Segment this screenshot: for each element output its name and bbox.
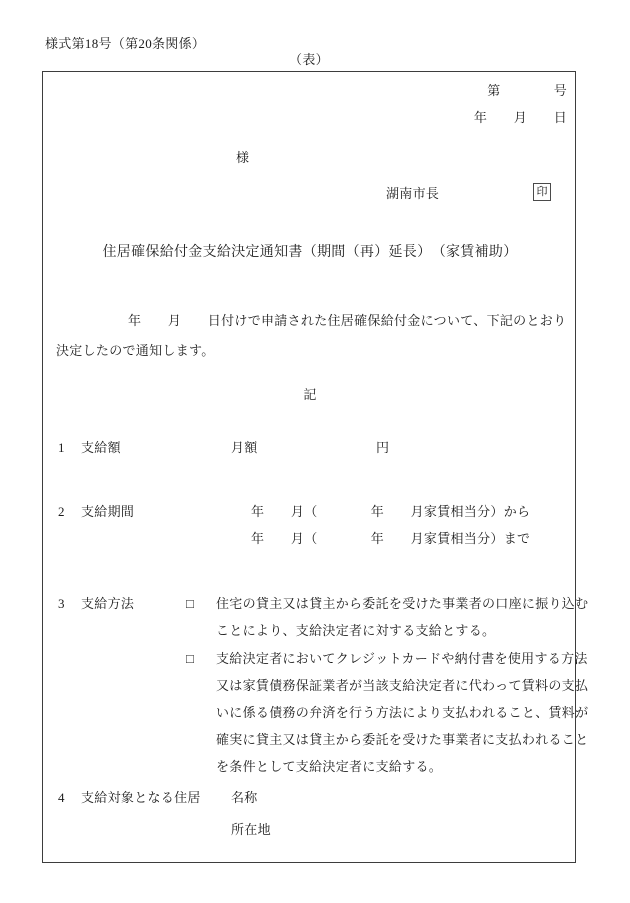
document-frame: 第 号 年 月 日 様 湖南市長 印 住居確保給付金支給決定通知書（期間（再）延… bbox=[42, 71, 576, 863]
item-3-option-2-line-1: 支給決定者においてクレジットカードや納付書を使用する方法 bbox=[216, 651, 588, 667]
issuer-name: 湖南市長 bbox=[386, 186, 439, 202]
official-seal-placeholder: 印 bbox=[533, 183, 551, 201]
side-label: （表） bbox=[42, 52, 576, 68]
addressee-honorific: 様 bbox=[236, 150, 249, 166]
item-2-label: 支給期間 bbox=[81, 504, 134, 520]
item-3-option-2-line-5: を条件として支給決定者に支給する。 bbox=[216, 759, 442, 775]
item-3-option-2-line-3: いに係る債務の弁済を行う方法により支払われること、賃料が bbox=[216, 705, 588, 721]
form-number-label: 様式第18号（第20条関係） bbox=[45, 36, 205, 52]
body-paragraph-line-1: 年 月 日付けで申請された住居確保給付金について、下記のとおり bbox=[128, 313, 566, 329]
item-4-label: 支給対象となる住居 bbox=[81, 790, 201, 806]
item-2-period-from-line: 年 月（ 年 月家賃相当分）から bbox=[251, 504, 530, 520]
item-3-label: 支給方法 bbox=[81, 596, 134, 612]
item-3-option-2-checkbox[interactable]: □ bbox=[186, 651, 194, 667]
item-3-option-1-line-1: 住宅の貸主又は貸主から委託を受けた事業者の口座に振り込む bbox=[216, 596, 588, 612]
item-4-number: 4 bbox=[58, 790, 72, 806]
item-3-option-1-line-2: ことにより、支給決定者に対する支給とする。 bbox=[216, 623, 495, 639]
document-number-line: 第 号 bbox=[487, 83, 567, 99]
item-3-option-1-checkbox[interactable]: □ bbox=[186, 596, 194, 612]
issue-date-line: 年 月 日 bbox=[474, 110, 567, 126]
item-3-option-2-line-2: 又は家賃債務保証業者が当該支給決定者に代わって賃料の支払 bbox=[216, 678, 588, 694]
document-page: 様式第18号（第20条関係） （表） 第 号 年 月 日 様 湖南市長 印 住居… bbox=[0, 0, 630, 903]
item-3-option-2-line-4: 確実に貸主又は貸主から委託を受けた事業者に支払われること bbox=[216, 732, 588, 748]
item-4-address-label: 所在地 bbox=[231, 822, 271, 838]
body-paragraph-line-2: 決定したので通知します。 bbox=[56, 343, 215, 359]
item-1-monthly-amount-label: 月額 bbox=[231, 440, 258, 456]
item-3-number: 3 bbox=[58, 596, 72, 612]
record-marker: 記 bbox=[43, 387, 577, 403]
document-title: 住居確保給付金支給決定通知書（期間（再）延長） （家賃補助） bbox=[43, 244, 577, 262]
item-1-label: 支給額 bbox=[81, 440, 121, 456]
seal-mark-icon: 印 bbox=[537, 187, 548, 198]
item-1-number: 1 bbox=[58, 440, 72, 456]
item-1-yen-label: 円 bbox=[376, 440, 389, 456]
item-2-period-to-line: 年 月（ 年 月家賃相当分）まで bbox=[251, 531, 530, 547]
item-4-name-label: 名称 bbox=[231, 790, 258, 806]
item-2-number: 2 bbox=[58, 504, 72, 520]
